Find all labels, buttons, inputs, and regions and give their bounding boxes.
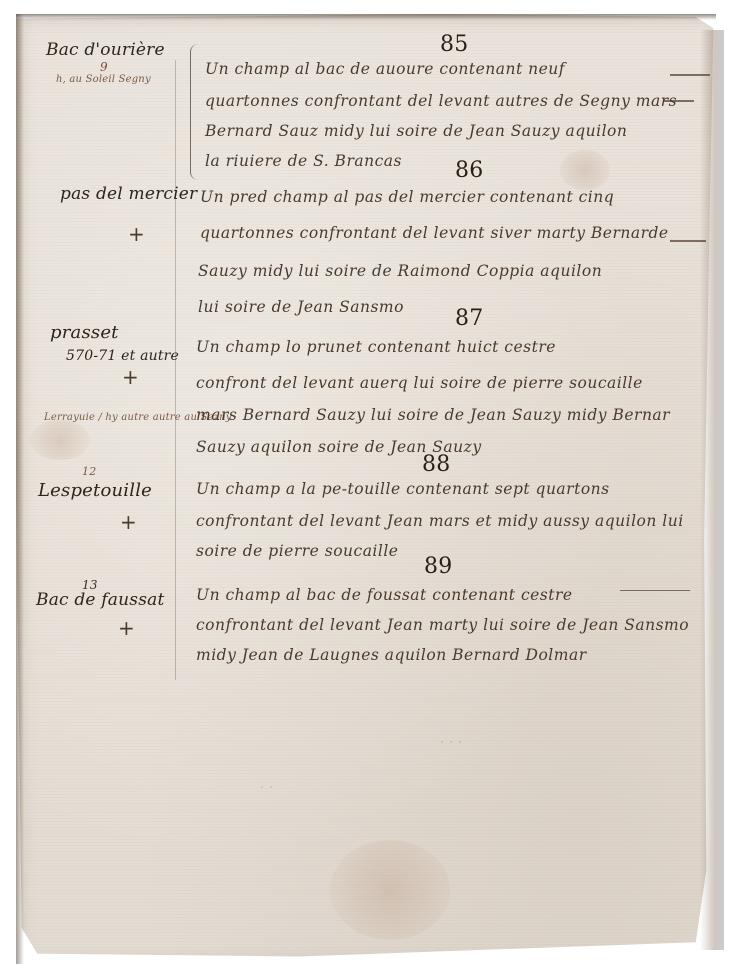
- cross-mark: +: [120, 510, 137, 534]
- ink-stain: [30, 420, 90, 460]
- cross-mark: +: [118, 616, 135, 640]
- entry-line: quartonnes confrontant del levant siver …: [200, 224, 669, 242]
- entry-line: lui soire de Jean Sansmo: [198, 298, 404, 316]
- line-flourish: [664, 100, 694, 102]
- entry-line: Un champ lo prunet contenant huict cestr…: [196, 338, 556, 356]
- margin-superscript: 12: [82, 465, 96, 478]
- ink-stain: [560, 150, 610, 190]
- margin-title-pas-del-mercier: pas del mercier: [60, 184, 197, 204]
- entry-line: la riuiere de S. Brancas: [205, 152, 402, 170]
- entry-line: mars Bernard Sauzy lui soire de Jean Sau…: [196, 406, 670, 424]
- entry-line: Sauzy midy lui soire de Raimond Coppia a…: [198, 262, 602, 280]
- entry-line: confrontant del levant Jean mars et midy…: [196, 512, 684, 530]
- entry-line: Un champ al bac de auoure contenant neuf: [205, 60, 565, 78]
- margin-rule: [175, 60, 176, 680]
- margin-title-bac-de-faussat: Bac de faussat: [36, 590, 165, 610]
- margin-title-prasset: prasset: [50, 322, 119, 343]
- margin-subtitle: 570-71 et autre: [66, 348, 179, 364]
- page-right-edge: [700, 30, 724, 950]
- entry-number: 86: [455, 158, 483, 183]
- margin-title-bac-douriere: Bac d'ourière: [46, 40, 165, 60]
- entry-number: 89: [424, 554, 452, 579]
- entry-line: Bernard Sauz midy lui soire de Jean Sauz…: [205, 122, 627, 140]
- entry-number: 85: [440, 32, 468, 57]
- entry-line: soire de pierre soucaille: [196, 542, 398, 560]
- page-left-edge: [16, 14, 24, 964]
- entry-line: Un champ al bac de foussat contenant ces…: [196, 586, 573, 604]
- entry-line: midy Jean de Laugnes aquilon Bernard Dol…: [196, 646, 587, 664]
- bleed-through-text: · · ·: [440, 735, 462, 751]
- entry-line: quartonnes confrontant del levant autres…: [205, 92, 677, 110]
- entry-number: 87: [455, 306, 483, 331]
- entry-number: 88: [422, 452, 450, 477]
- margin-note: h, au Soleil Segny: [56, 74, 151, 85]
- cross-mark: +: [128, 222, 145, 246]
- page-top-edge: [16, 14, 716, 20]
- line-flourish: [670, 240, 706, 242]
- line-flourish: [670, 74, 710, 76]
- entry-line: Un champ a la pe-touille contenant sept …: [196, 480, 610, 498]
- cross-mark: +: [122, 365, 139, 389]
- line-flourish: [620, 590, 690, 591]
- entry-line: Un pred champ al pas del mercier contena…: [200, 188, 614, 206]
- margin-superscript: 9: [100, 60, 108, 74]
- water-stain: [330, 840, 450, 940]
- entry-brace: [190, 44, 201, 180]
- entry-line: confrontant del levant Jean marty lui so…: [196, 616, 689, 634]
- entry-line: confront del levant auerq lui soire de p…: [196, 374, 643, 392]
- bleed-through-text: · ·: [260, 780, 273, 796]
- margin-title-lespetouille: Lespetouille: [38, 480, 152, 501]
